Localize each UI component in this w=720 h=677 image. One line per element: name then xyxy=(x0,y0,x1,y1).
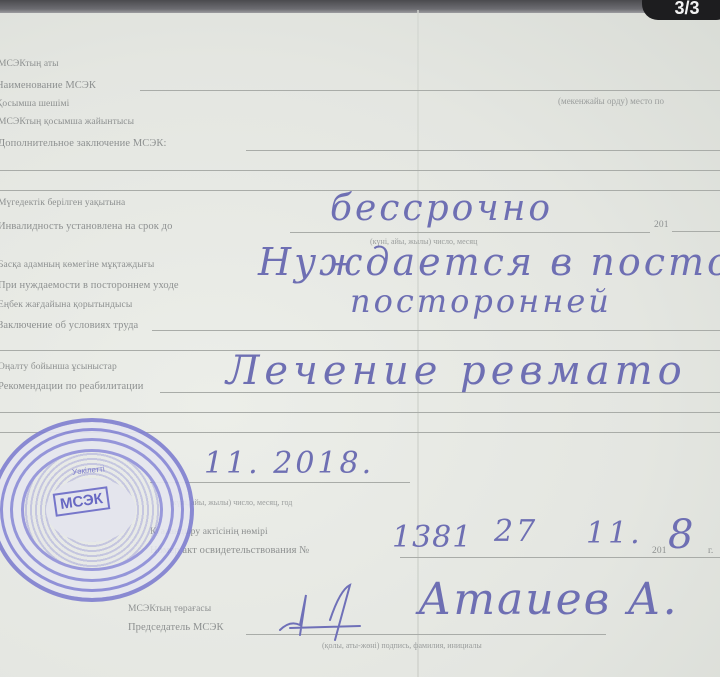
extra-label-kz-1: Қосымша шешімі xyxy=(0,99,69,109)
act-number-handwritten: 1381 xyxy=(392,520,472,555)
act-day-handwritten: 27 xyxy=(494,514,538,549)
document-top-edge xyxy=(0,0,720,13)
rehab-label-ru: Рекомендации по реабилитации xyxy=(0,381,143,392)
msek-name-label-ru: Наименование МСЭК xyxy=(0,80,96,91)
care-handwritten-line2: посторонней xyxy=(350,282,612,320)
msek-name-line xyxy=(140,90,720,91)
extra-label-kz-2: МСЭКтың қосымша жайынтысы xyxy=(0,117,134,127)
chair-label-ru: Председатель МСЭК xyxy=(128,622,224,633)
place-caption: (мекенжайы орду) место по xyxy=(558,96,664,106)
act-month-handwritten: 11. xyxy=(586,516,643,551)
act-year-prefix: 201 xyxy=(652,546,667,556)
stamp-top-text: Уәкілетті xyxy=(72,464,106,476)
signature-name-handwritten: Атаиев А. xyxy=(418,574,679,625)
work-label-ru: Заключение об условиях труда xyxy=(0,320,138,331)
issue-date-handwritten: 11. 2018. xyxy=(204,446,374,481)
act-year-handwritten: 8 xyxy=(668,512,696,558)
care-label-ru: При нуждаемости в постороннем уходе xyxy=(0,280,179,291)
signature-scribble xyxy=(270,580,380,650)
care-handwritten-line1: Нуждается в посто xyxy=(258,240,720,284)
msek-name-label-kz: МСЭКтың аты xyxy=(0,59,59,69)
page-counter-badge: 3/3 xyxy=(642,0,720,20)
extra-line-2 xyxy=(0,170,720,171)
extra-label-ru: Дополнительное заключение МСЭК: xyxy=(0,138,167,149)
disability-label-ru: Инвалидность установлена на срок до xyxy=(0,221,172,232)
msek-stamp: Уәкілетті МСЭК xyxy=(0,418,194,602)
disability-handwritten-value: бессрочно xyxy=(330,188,553,229)
disability-year-line xyxy=(672,231,720,232)
disability-line xyxy=(290,232,650,233)
care-label-kz: Басқа адамның көмегіне мұқтаждығы xyxy=(0,260,154,270)
rehab-label-kz: Оңалту бойынша ұсыныстар xyxy=(0,362,117,372)
rehab-handwritten-value: Лечение ревмато xyxy=(226,348,687,394)
work-line xyxy=(152,330,720,331)
chair-label-kz: МСЭКтың төрағасы xyxy=(128,604,211,614)
disability-label-kz: Мүгедектік берілген уақытына xyxy=(0,198,125,208)
disability-year-prefix: 201 xyxy=(654,220,669,230)
document-photo: МСЭКтың аты Наименование МСЭК (мекенжайы… xyxy=(0,0,720,677)
act-line xyxy=(400,557,720,558)
rehab-line-2 xyxy=(0,412,720,413)
extra-line-1 xyxy=(246,150,720,151)
work-label-kz: Еңбек жағдайына қорытындысы xyxy=(0,300,132,310)
act-year-caption: г. xyxy=(708,546,713,556)
